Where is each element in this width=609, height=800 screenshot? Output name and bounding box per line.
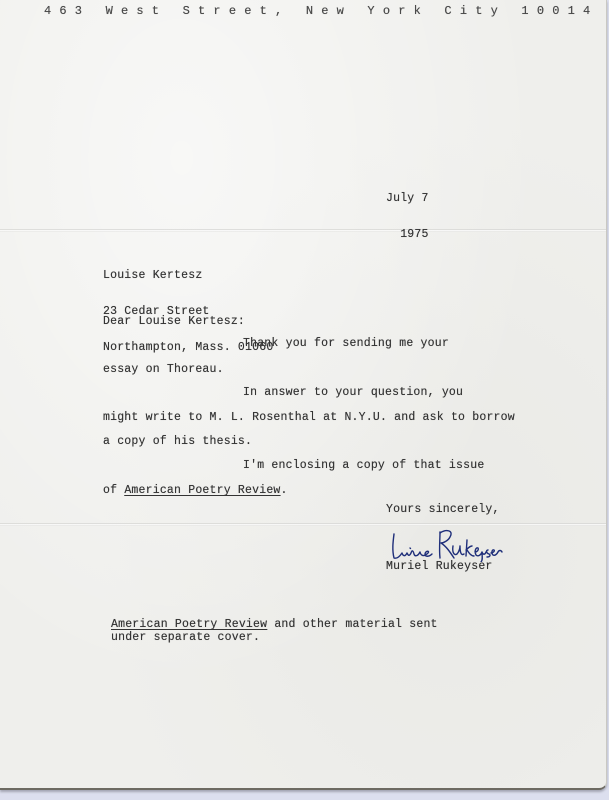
recipient-name: Louise Kertesz [103,270,273,282]
fold-line-upper [0,229,606,232]
handwritten-signature [388,528,503,562]
fold-line-lower [0,523,606,526]
postscript-line-1-suffix: and other material sent [267,618,437,631]
date-year: 1975 [386,229,429,241]
closing: Yours sincerely, [386,504,500,516]
body-paragraph-3-line-2: of American Poetry Review. [103,485,288,497]
letter-paper: 463 West Street, New York City 10014 Jul… [0,0,607,790]
body-paragraph-2-line-1: In answer to your question, you [243,387,463,399]
body-paragraph-3-line-1: I'm enclosing a copy of that issue [243,460,484,472]
letter-date: July 7 1975 [386,169,429,265]
postscript-line-2: under separate cover. [111,632,260,644]
letterhead-address: 463 West Street, New York City 10014 [44,5,598,17]
salutation: Dear Louise Kertesz: [103,316,245,328]
date-month-day: July 7 [386,193,429,205]
postscript-publication-title: American Poetry Review [111,618,267,631]
body-paragraph-2-line-3: a copy of his thesis. [103,436,252,448]
publication-title: American Poetry Review [124,484,280,497]
body-paragraph-1-line-2: essay on Thoreau. [103,364,224,376]
body-paragraph-1-line-1: Thank you for sending me your [243,338,449,350]
body-paragraph-2-line-2: might write to M. L. Rosenthal at N.Y.U.… [103,412,515,424]
recipient-address: Louise Kertesz 23 Cedar Street Northampt… [103,246,273,378]
typed-signature-name: Muriel Rukeyser [386,561,493,573]
postscript-line-1: American Poetry Review and other materia… [111,619,438,631]
text-prefix: of [103,484,124,497]
text-suffix: . [281,484,288,497]
